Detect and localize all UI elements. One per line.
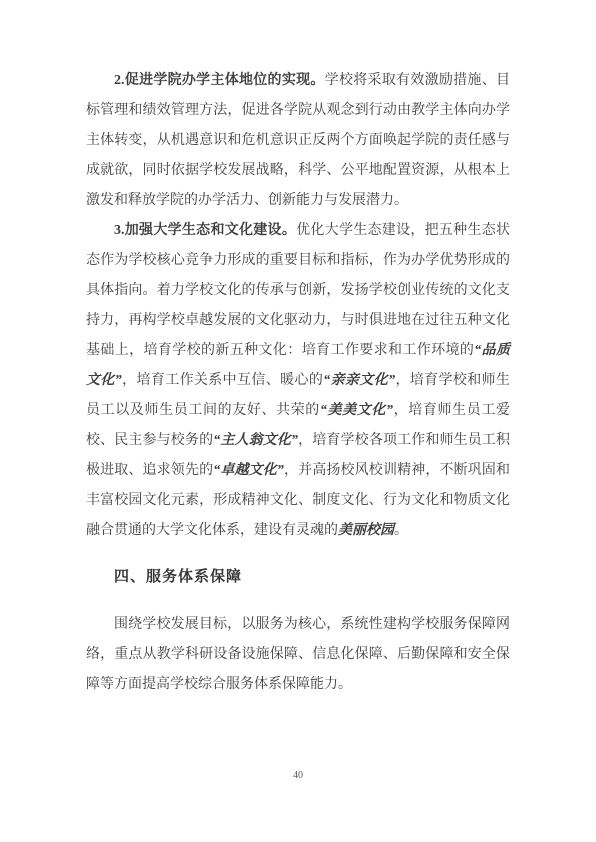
text-segment: “主人翁文化” [213, 433, 298, 448]
text-segment: 。 [394, 523, 408, 538]
paragraph: 2.促进学院办学主体地位的实现。学校将采取有效激励措施、目标管理和绩效管理方法，… [86, 66, 510, 216]
document-body: 2.促进学院办学主体地位的实现。学校将采取有效激励措施、目标管理和绩效管理方法，… [86, 66, 510, 700]
text-segment: 美丽校园 [338, 523, 394, 538]
text-segment: “美美文化” [320, 403, 393, 418]
text-segment: 四、服务体系保障 [114, 569, 242, 585]
text-segment: “亲亲文化” [323, 373, 395, 388]
text-segment: “卓越文化” [213, 463, 284, 478]
section-heading: 四、服务体系保障 [86, 562, 510, 592]
text-segment: 2.促进学院办学主体地位的实现。 [114, 73, 325, 88]
document-page: 2.促进学院办学主体地位的实现。学校将采取有效激励措施、目标管理和绩效管理方法，… [0, 0, 596, 842]
text-segment: ，培育工作关系中互信、暖心的 [122, 373, 324, 388]
page-footer: 40 [0, 765, 596, 783]
text-segment: 优化大学生态建设，把五种生态状态作为学校核心竞争力形成的重要目标和指标，作为办学… [86, 223, 510, 358]
paragraph: 3.加强大学生态和文化建设。优化大学生态建设，把五种生态状态作为学校核心竞争力形… [86, 216, 510, 546]
text-segment: 学校将采取有效激励措施、目标管理和绩效管理方法，促进各学院从观念到行动由教学主体… [86, 73, 510, 208]
paragraph: 围绕学校发展目标，以服务为核心，系统性建构学校服务保障网络，重点从教学科研设备设… [86, 610, 510, 700]
text-segment: 3.加强大学生态和文化建设。 [114, 223, 296, 238]
page-number: 40 [293, 770, 303, 781]
text-segment: 围绕学校发展目标，以服务为核心，系统性建构学校服务保障网络，重点从教学科研设备设… [86, 617, 510, 692]
